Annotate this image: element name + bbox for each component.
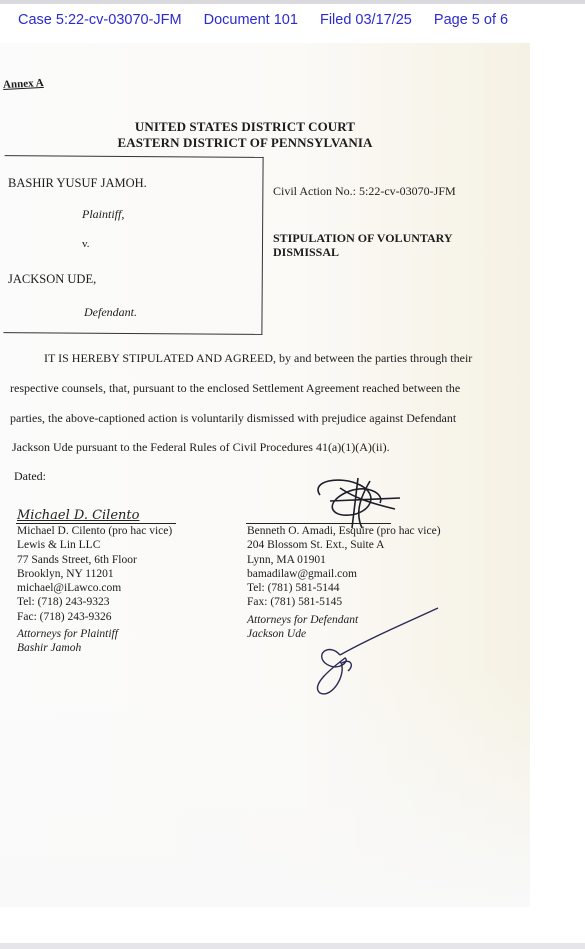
versus: v. [82, 238, 90, 250]
page-fade [0, 667, 530, 907]
viewer-bottom-border [0, 943, 585, 949]
defendant-role: Defendant. [84, 305, 137, 320]
case-header: Case 5:22-cv-03070-JFM Document 101 File… [18, 12, 526, 28]
plaintiff-attorneys-for: Attorneys for Plaintiff [17, 627, 172, 641]
annex-label: Annex A [3, 77, 44, 91]
defendant-counsel-street: 204 Blossom St. Ext., Suite A [247, 538, 441, 552]
plaintiff-counsel-email: michael@iLawco.com [17, 581, 172, 595]
body-line-3: parties, the above-captioned action is v… [10, 411, 456, 426]
defendant-counsel-name: Benneth O. Amadi, Esquire (pro hac vice) [247, 524, 441, 538]
defendant-counsel-city: Lynn, MA 01901 [247, 553, 441, 567]
defendant-name: JACKSON UDE, [8, 272, 96, 287]
plaintiff-name: BASHIR YUSUF JAMOH. [8, 176, 147, 191]
plaintiff-counsel-block: Michael D. Cilento (pro hac vice) Lewis … [17, 524, 172, 656]
plaintiff-counsel-firm: Lewis & Lin LLC [17, 538, 172, 552]
court-district: EASTERN DISTRICT OF PENNSYLVANIA [0, 135, 490, 151]
body-line-4: Jackson Ude pursuant to the Federal Rule… [12, 440, 390, 455]
filed-date: Filed 03/17/25 [320, 12, 412, 28]
defendant-counsel-tel: Tel: (781) 581-5144 [247, 581, 441, 595]
plaintiff-client-name: Bashir Jamoh [17, 641, 172, 655]
page-indicator: Page 5 of 6 [434, 12, 508, 28]
scanned-page: Annex A UNITED STATES DISTRICT COURT EAS… [0, 43, 530, 907]
dated-label: Dated: [14, 469, 46, 484]
case-number: Case 5:22-cv-03070-JFM [18, 12, 182, 28]
plaintiff-counsel-name: Michael D. Cilento (pro hac vice) [17, 524, 172, 538]
plaintiff-counsel-street: 77 Sands Street, 6th Floor [17, 553, 172, 567]
plaintiff-counsel-tel: Tel: (718) 243-9323 [17, 595, 172, 609]
document-title-line1: STIPULATION OF VOLUNTARY [273, 231, 453, 246]
civil-action-number: Civil Action No.: 5:22-cv-03070-JFM [273, 184, 456, 199]
plaintiff-counsel-signature: Michael D. Cilento [17, 508, 139, 523]
defendant-counsel-email: bamadilaw@gmail.com [247, 567, 441, 581]
plaintiff-role: Plaintiff, [82, 207, 124, 222]
client-signature-scribble [310, 603, 450, 698]
body-line-2: respective counsels, that, pursuant to t… [10, 381, 460, 396]
body-line-1: IT IS HEREBY STIPULATED AND AGREED, by a… [44, 351, 472, 366]
plaintiff-counsel-city: Brooklyn, NY 11201 [17, 567, 172, 581]
document-title-line2: DISMISSAL [273, 245, 339, 260]
document-number: Document 101 [204, 12, 298, 28]
court-name: UNITED STATES DISTRICT COURT [0, 119, 490, 135]
viewer-top-border [0, 0, 585, 4]
plaintiff-counsel-fax: Fac: (718) 243-9326 [17, 610, 172, 624]
